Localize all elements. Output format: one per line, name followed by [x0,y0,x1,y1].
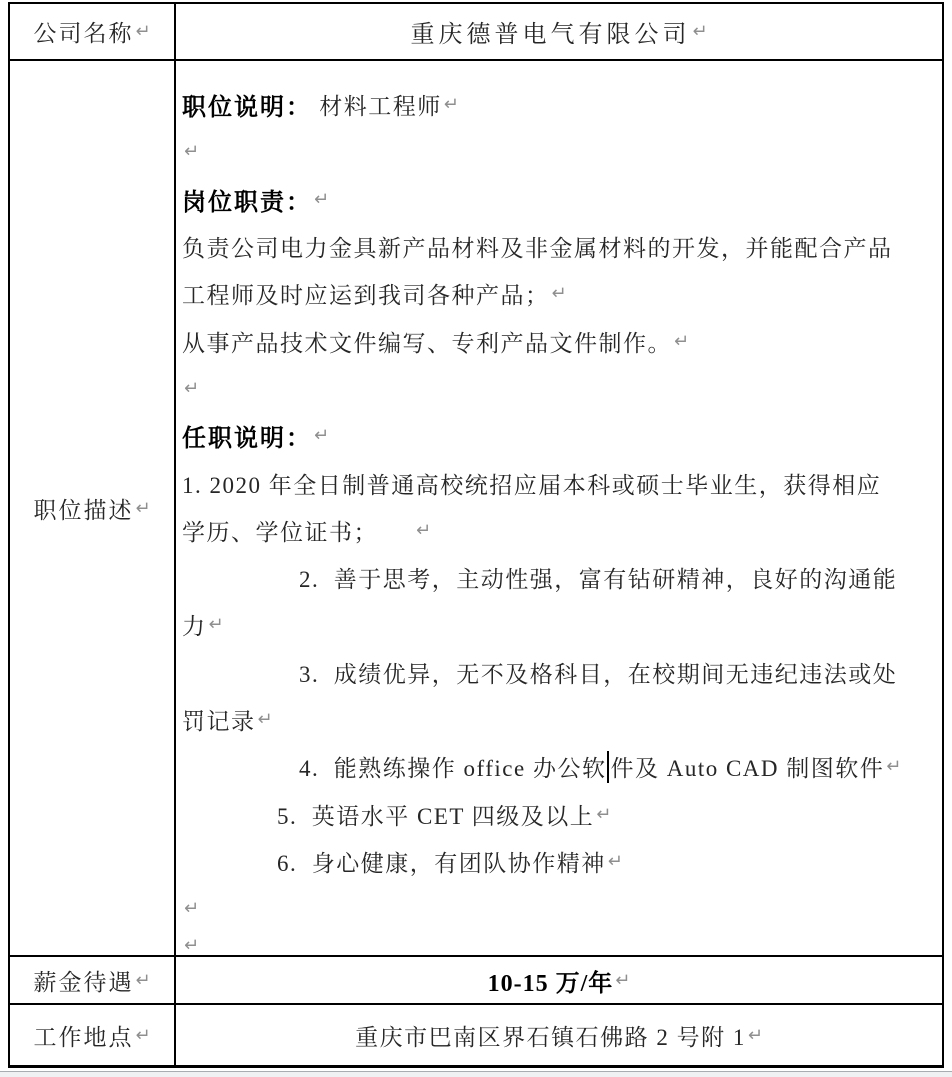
work-location-row: 工作地点↵ 重庆市巴南区界石镇石佛路 2 号附 1↵ [10,1005,942,1065]
paragraph-line[interactable]: ↵ [182,885,938,932]
paragraph-line[interactable]: 岗位职责：↵ [182,176,938,223]
paragraph-line[interactable]: 6. 身心健康，有团队协作精神↵ [182,838,938,885]
work-location-label-cell[interactable]: 工作地点↵ [10,1005,176,1065]
job-description-text[interactable]: 职位说明： 材料工程师↵↵岗位职责：↵负责公司电力金具新产品材料及非金属材料的开… [176,61,942,955]
paragraph-text: 学历、学位证书； [182,514,378,547]
paragraph-mark-icon: ↵ [552,283,567,304]
paragraph-text: 件及 Auto CAD 制图软件 [610,750,884,783]
paragraph-mark-icon: ↵ [596,804,611,825]
paragraph-text: 6. 身心健康，有团队协作精神 [277,845,606,878]
company-name-label: 公司名称 [33,15,133,48]
paragraph-line[interactable]: 工程师及时应运到我司各种产品；↵ [182,270,938,317]
company-name-value-cell[interactable]: 重庆德普电气有限公司↵ [176,4,942,59]
paragraph-mark-icon: ↵ [184,378,199,399]
paragraph-line[interactable]: ↵ [182,128,938,175]
company-name-value: 重庆德普电气有限公司 [410,14,690,49]
section-heading: 任职说明： [182,418,312,453]
paragraph-text: 2. 善于思考，主动性强，富有钻研精神，良好的沟通能 [299,561,897,594]
paragraph-line[interactable]: 力↵ [182,601,938,648]
paragraph-mark-icon: ↵ [209,614,224,635]
paragraph-mark-icon: ↵ [184,898,199,919]
job-description-row: 职位描述↵ 职位说明： 材料工程师↵↵岗位职责：↵负责公司电力金具新产品材料及非… [10,61,942,957]
work-location-value: 重庆市巴南区界石镇石佛路 2 号附 1 [355,1019,746,1052]
salary-label: 薪金待遇 [33,964,133,997]
paragraph-line[interactable]: 2. 善于思考，主动性强，富有钻研精神，良好的沟通能 [182,554,938,601]
paragraph-mark-icon: ↵ [314,425,329,446]
paragraph-mark-icon: ↵ [135,21,150,42]
text-cursor [607,751,609,783]
section-heading: 职位说明： [182,87,312,122]
company-name-label-cell[interactable]: 公司名称↵ [10,4,176,59]
paragraph-mark-icon: ↵ [608,851,623,872]
paragraph-mark-icon: ↵ [416,520,431,541]
paragraph-text: 负责公司电力金具新产品材料及非金属材料的开发，并能配合产品 [182,230,893,263]
work-location-label: 工作地点 [33,1019,133,1052]
paragraph-mark-icon: ↵ [135,1025,150,1046]
salary-row: 薪金待遇↵ 10-15 万/年↵ [10,957,942,1005]
paragraph-mark-icon: ↵ [314,189,329,210]
work-location-value-cell[interactable]: 重庆市巴南区界石镇石佛路 2 号附 1↵ [176,1005,942,1065]
page-bottom-edge [0,1071,952,1077]
paragraph-text: 4. 能熟练操作 office 办公软 [299,750,606,783]
paragraph-line[interactable]: 职位说明： 材料工程师↵ [182,81,938,128]
paragraph-mark-icon: ↵ [258,709,273,730]
job-description-label-cell[interactable]: 职位描述↵ [10,61,176,955]
paragraph-text: 1. 2020 年全日制普通高校统招应届本科或硕士毕业生，获得相应 [182,467,881,500]
company-name-row: 公司名称↵ 重庆德普电气有限公司↵ [10,4,942,61]
paragraph-text: 3. 成绩优异，无不及格科目，在校期间无违纪违法或处 [299,656,897,689]
paragraph-mark-icon: ↵ [886,756,901,777]
paragraph-mark-icon: ↵ [674,331,689,352]
paragraph-line[interactable]: 1. 2020 年全日制普通高校统招应届本科或硕士毕业生，获得相应 [182,459,938,506]
paragraph-text: 工程师及时应运到我司各种产品； [182,277,550,310]
paragraph-line[interactable]: 3. 成绩优异，无不及格科目，在校期间无违纪违法或处 [182,649,938,696]
paragraph-mark-icon: ↵ [184,935,199,955]
paragraph-line[interactable]: ↵ [182,932,938,955]
paragraph-text: 材料工程师 [312,88,442,121]
paragraph-mark-icon: ↵ [135,970,150,991]
paragraph-mark-icon: ↵ [184,141,199,162]
job-description-label: 职位描述 [33,492,133,525]
salary-label-cell[interactable]: 薪金待遇↵ [10,957,176,1003]
paragraph-line[interactable]: 任职说明：↵ [182,412,938,459]
paragraph-line[interactable]: 罚记录↵ [182,696,938,743]
paragraph-text: 5. 英语水平 CET 四级及以上 [277,798,594,831]
paragraph-line[interactable]: 5. 英语水平 CET 四级及以上↵ [182,790,938,837]
section-heading: 岗位职责： [182,182,312,217]
paragraph-line[interactable]: 4. 能熟练操作 office 办公软件及 Auto CAD 制图软件↵ [182,743,938,790]
paragraph-line[interactable]: ↵ [182,365,938,412]
job-info-table: 公司名称↵ 重庆德普电气有限公司↵ 职位描述↵ 职位说明： 材料工程师↵↵岗位职… [8,2,944,1068]
paragraph-mark-icon: ↵ [748,1025,763,1046]
salary-value: 10-15 万/年 [488,963,614,998]
paragraph-mark-icon: ↵ [444,94,459,115]
paragraph-text: 从事产品技术文件编写、专利产品文件制作。 [182,325,672,358]
paragraph-mark-icon: ↵ [135,498,150,519]
paragraph-line[interactable]: 学历、学位证书；↵ [182,507,938,554]
paragraph-line[interactable]: 从事产品技术文件编写、专利产品文件制作。↵ [182,317,938,364]
paragraph-text: 罚记录 [182,703,256,736]
paragraph-text: 力 [182,608,207,641]
paragraph-line[interactable]: 负责公司电力金具新产品材料及非金属材料的开发，并能配合产品 [182,223,938,270]
paragraph-mark-icon: ↵ [615,970,630,991]
paragraph-mark-icon: ↵ [692,21,707,42]
salary-value-cell[interactable]: 10-15 万/年↵ [176,957,942,1003]
